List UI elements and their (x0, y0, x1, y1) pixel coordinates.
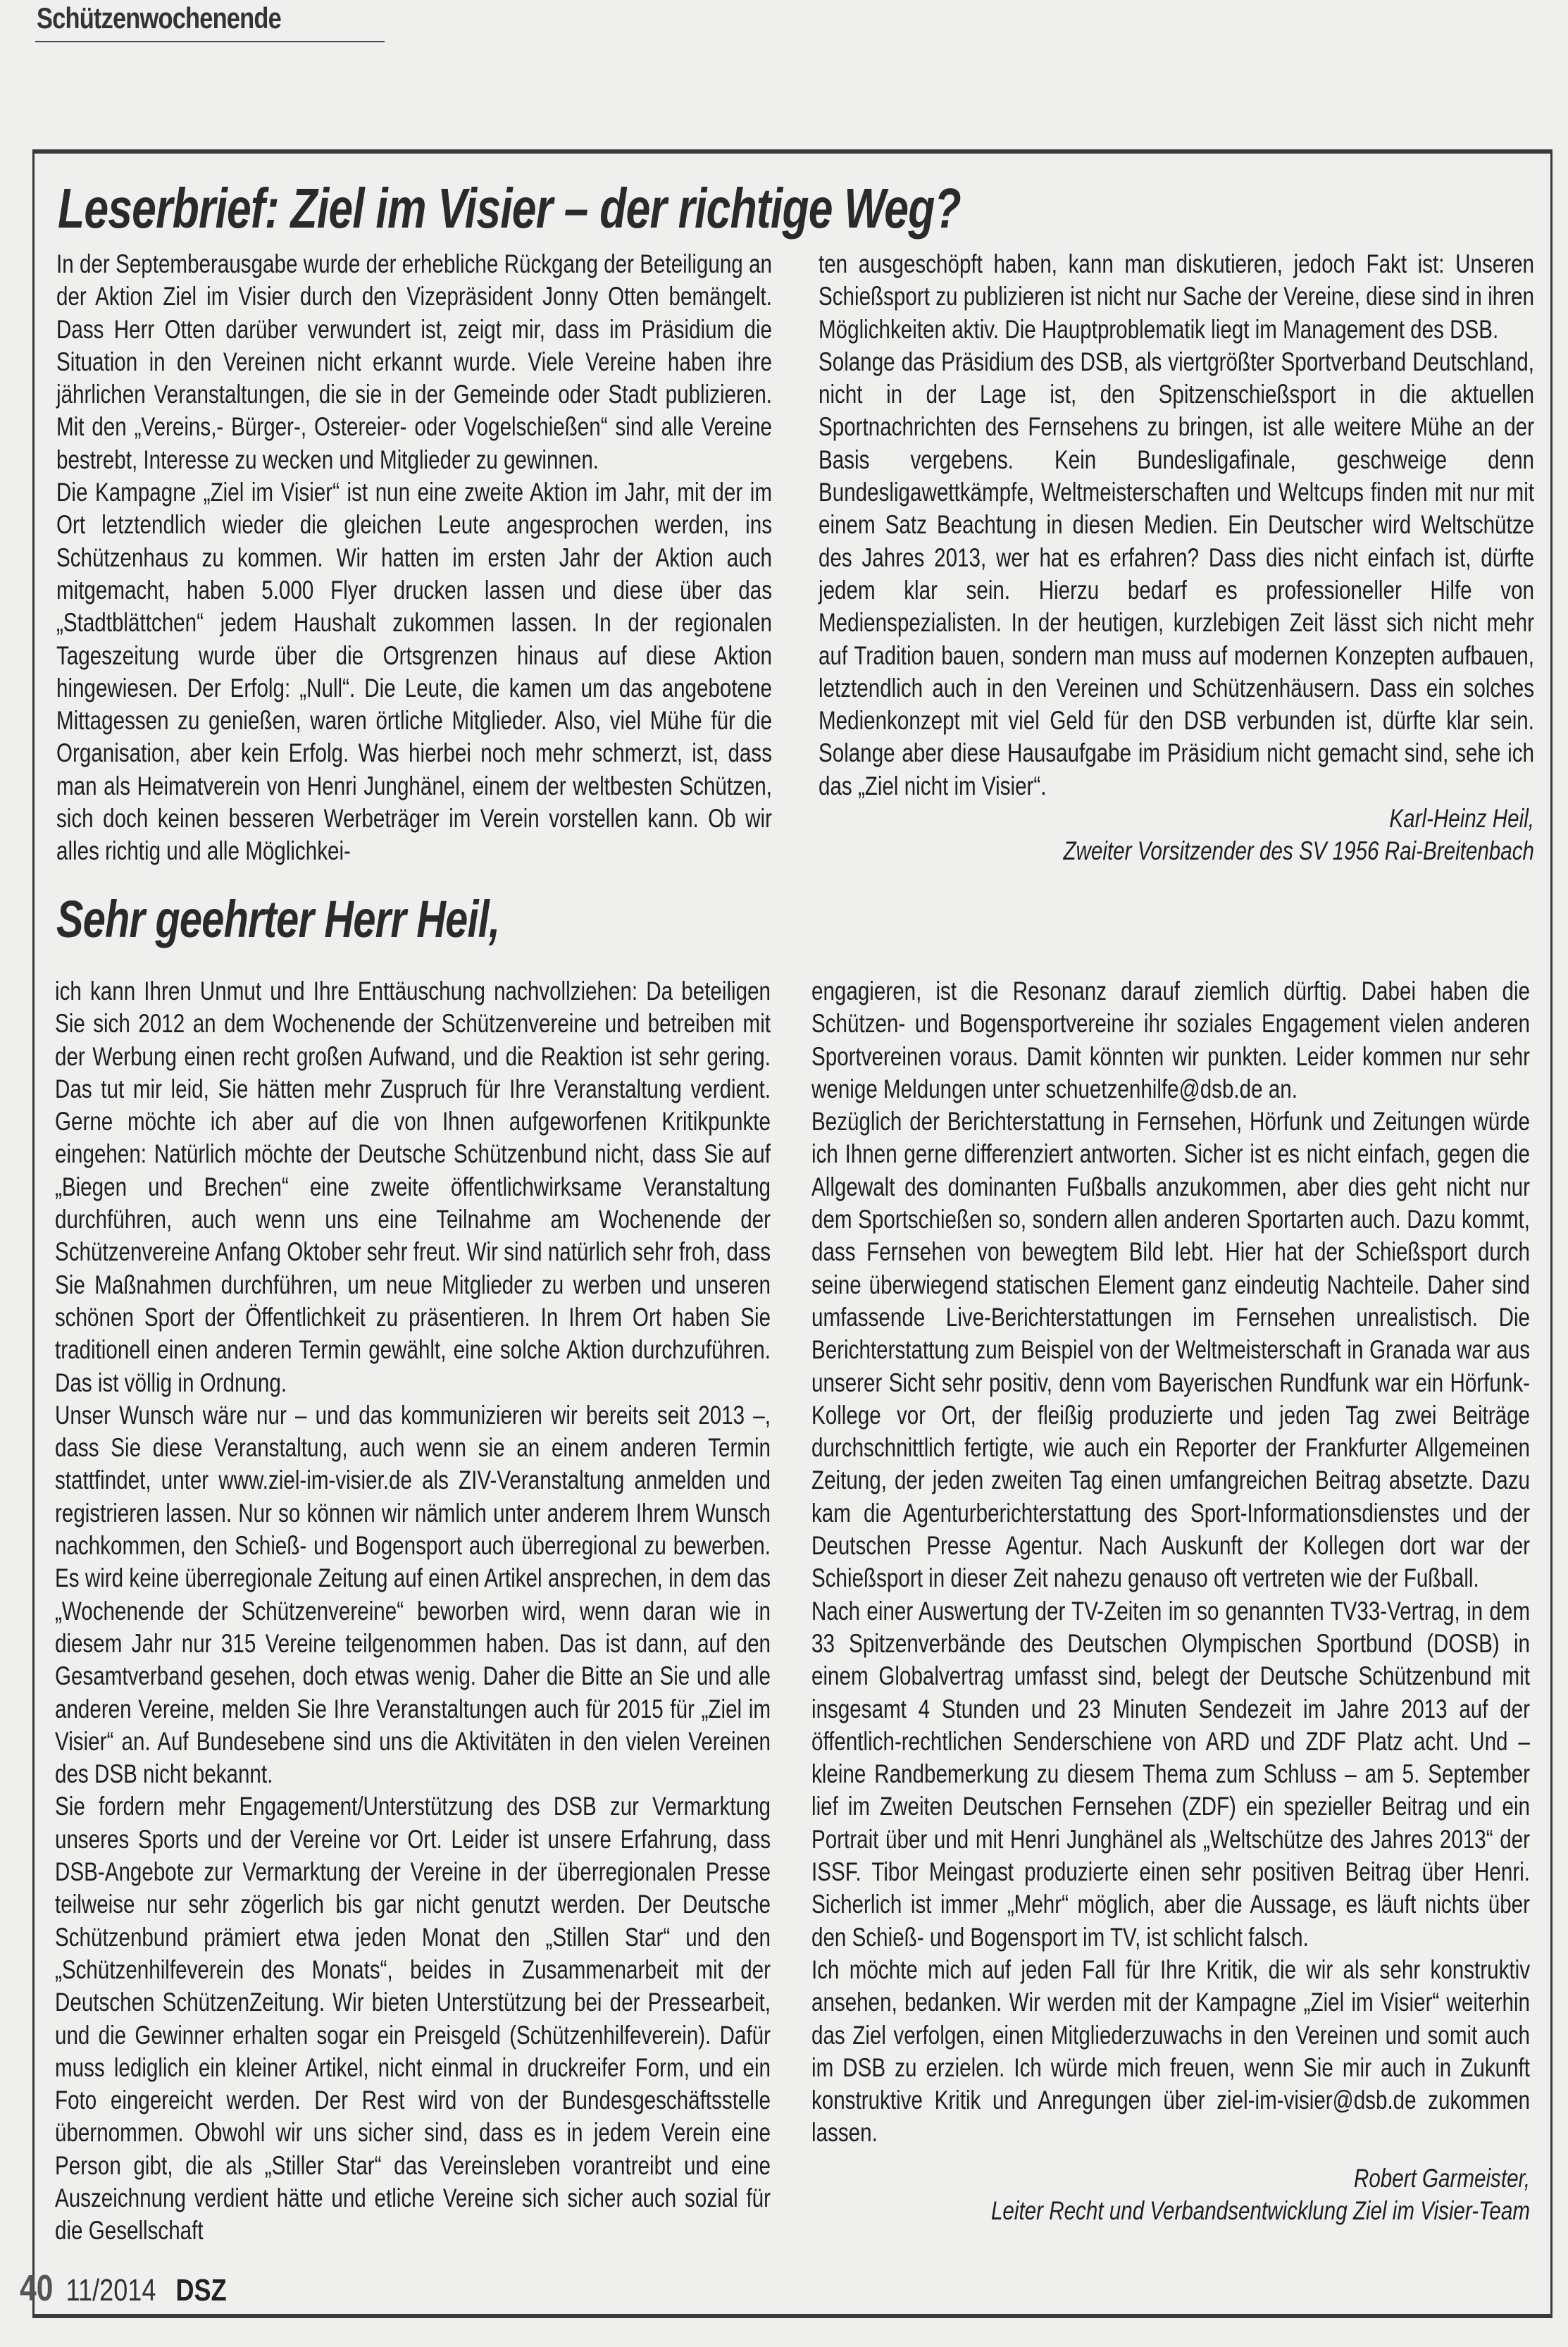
section-underline (35, 41, 385, 42)
paragraph: ich kann Ihren Unmut und Ihre Enttäuschu… (55, 975, 771, 1399)
paragraph: engagieren, ist die Resonanz darauf ziem… (811, 975, 1530, 1106)
paragraph: Die Kampagne „Ziel im Visier“ ist nun ei… (56, 476, 772, 868)
signature-name: Karl-Heinz Heil, (819, 803, 1534, 835)
magazine-name: DSZ (175, 2273, 226, 2308)
reply-headline: Sehr geehrter Herr Heil, (56, 889, 499, 949)
letter-headline: Leserbrief: Ziel im Visier – der richtig… (58, 176, 961, 241)
reply-column-right: engagieren, ist die Resonanz darauf ziem… (811, 975, 1530, 2227)
paragraph: In der Septemberausgabe wurde der erhebl… (56, 248, 772, 476)
reply-column-left: ich kann Ihren Unmut und Ihre Enttäuschu… (55, 975, 771, 2248)
paragraph: Nach einer Auswertung der TV-Zeiten im s… (811, 1595, 1530, 1954)
section-title: Schützenwochenende (37, 1, 281, 35)
paragraph: Unser Wunsch wäre nur – und das kommuniz… (55, 1399, 771, 1791)
paragraph: Sie fordern mehr Engagement/Unterstützun… (55, 1790, 771, 2247)
page-number: 40 (20, 2268, 53, 2309)
signature-name: Robert Garmeister, (811, 2162, 1530, 2195)
paragraph: Solange das Präsidium des DSB, als viert… (819, 346, 1534, 803)
paragraph: ten ausgeschöpft haben, kann man diskuti… (819, 248, 1534, 346)
signature-role: Leiter Recht und Verbandsentwicklung Zie… (811, 2195, 1530, 2227)
page-footer: 40 11/2014 DSZ (20, 2267, 227, 2310)
signature-role: Zweiter Vorsitzender des SV 1956 Rai-Bre… (819, 835, 1534, 867)
letter-column-left: In der Septemberausgabe wurde der erhebl… (56, 248, 772, 868)
paragraph: Ich möchte mich auf jeden Fall für Ihre … (811, 1954, 1530, 2150)
issue-date: 11/2014 (66, 2273, 156, 2308)
paragraph: Bezüglich der Berichterstattung in Ferns… (811, 1106, 1530, 1594)
letter-column-right: ten ausgeschöpft haben, kann man diskuti… (819, 248, 1534, 868)
